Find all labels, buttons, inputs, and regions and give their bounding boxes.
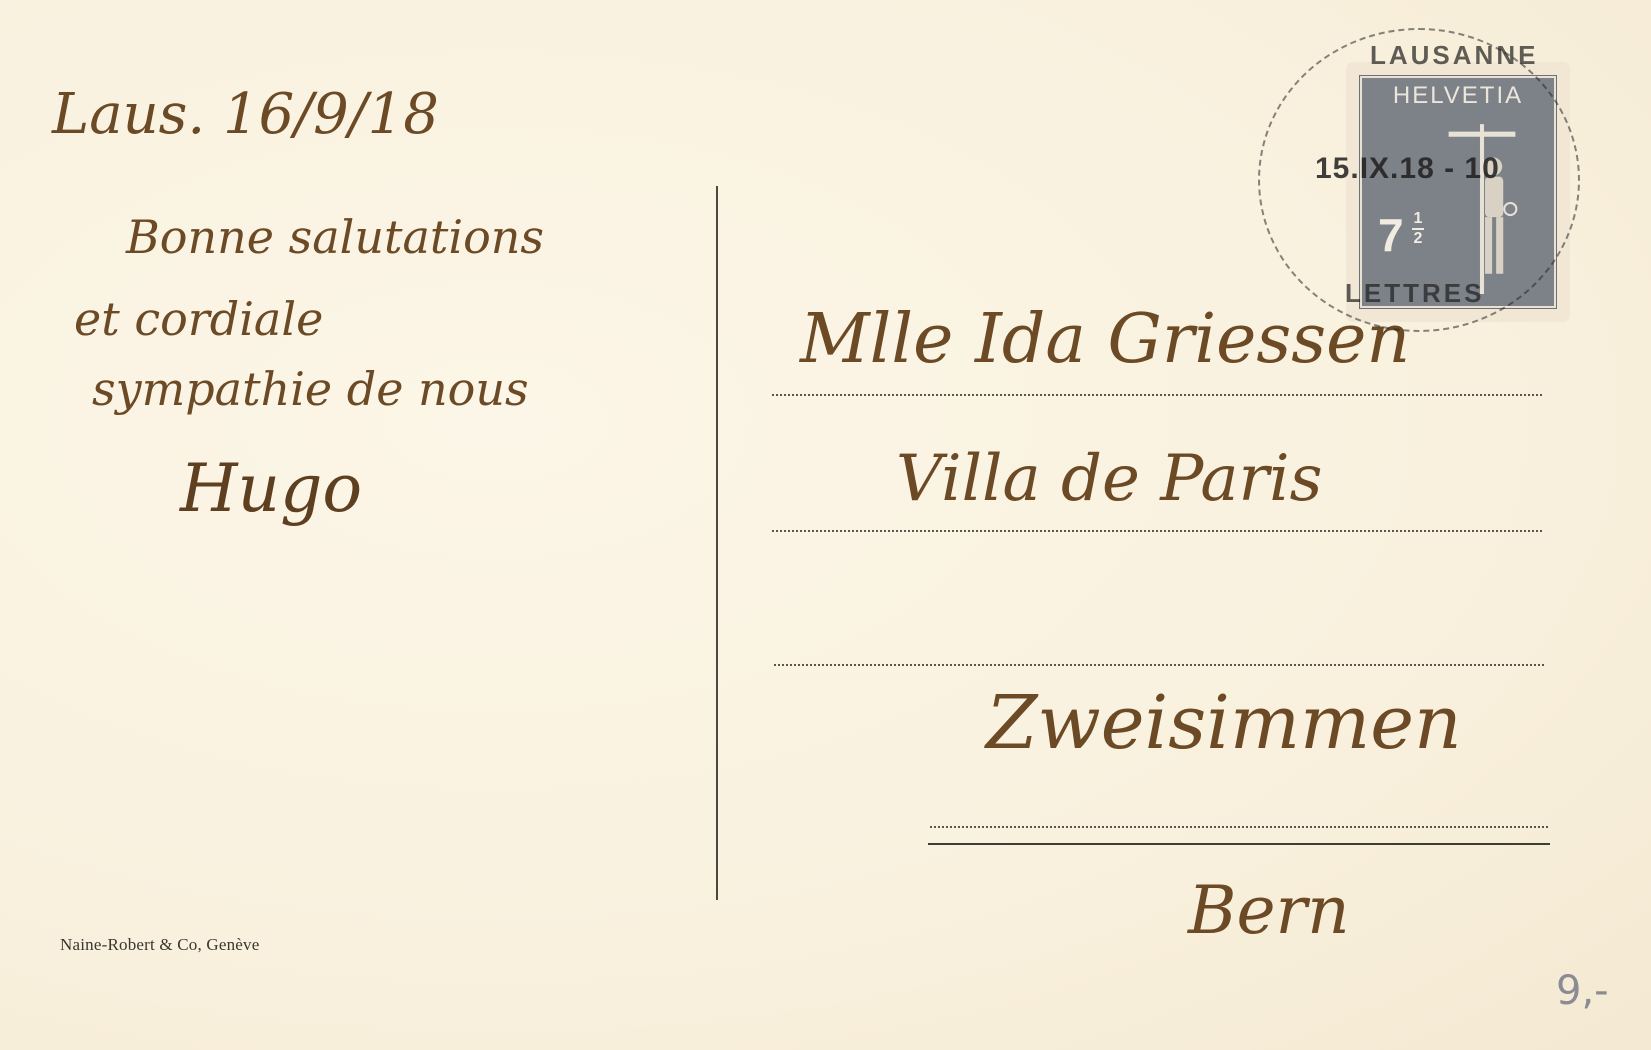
address-line-4-rule <box>930 826 1548 828</box>
address-street: Villa de Paris <box>896 442 1322 516</box>
signature: Hugo <box>180 450 362 527</box>
address-town: Zweisimmen <box>986 680 1462 766</box>
address-line-2-rule <box>772 530 1542 532</box>
address-canton: Bern <box>1188 872 1350 949</box>
place-date: Laus. 16/9/18 <box>52 82 439 147</box>
postmark-city: LAUSANNE <box>1370 40 1538 71</box>
address-solid-rule <box>928 843 1550 845</box>
center-divider <box>716 186 718 900</box>
postmark-date: 15.IX.18 - 10 <box>1315 152 1500 186</box>
postmark-bottom-text: LETTRES <box>1345 278 1484 309</box>
postcard-back: Laus. 16/9/18 Bonne salutations et cordi… <box>0 0 1651 1050</box>
message-line-1: Bonne salutations <box>126 210 544 264</box>
pencil-price-note: 9,- <box>1556 968 1609 1014</box>
address-line-3-rule <box>774 664 1544 666</box>
printer-imprint: Naine-Robert & Co, Genève <box>60 935 260 955</box>
message-line-2: et cordiale <box>74 292 323 346</box>
address-recipient: Mlle Ida Griessen <box>800 300 1410 379</box>
message-line-3: sympathie de nous <box>92 362 529 416</box>
address-line-1-rule <box>772 394 1542 396</box>
